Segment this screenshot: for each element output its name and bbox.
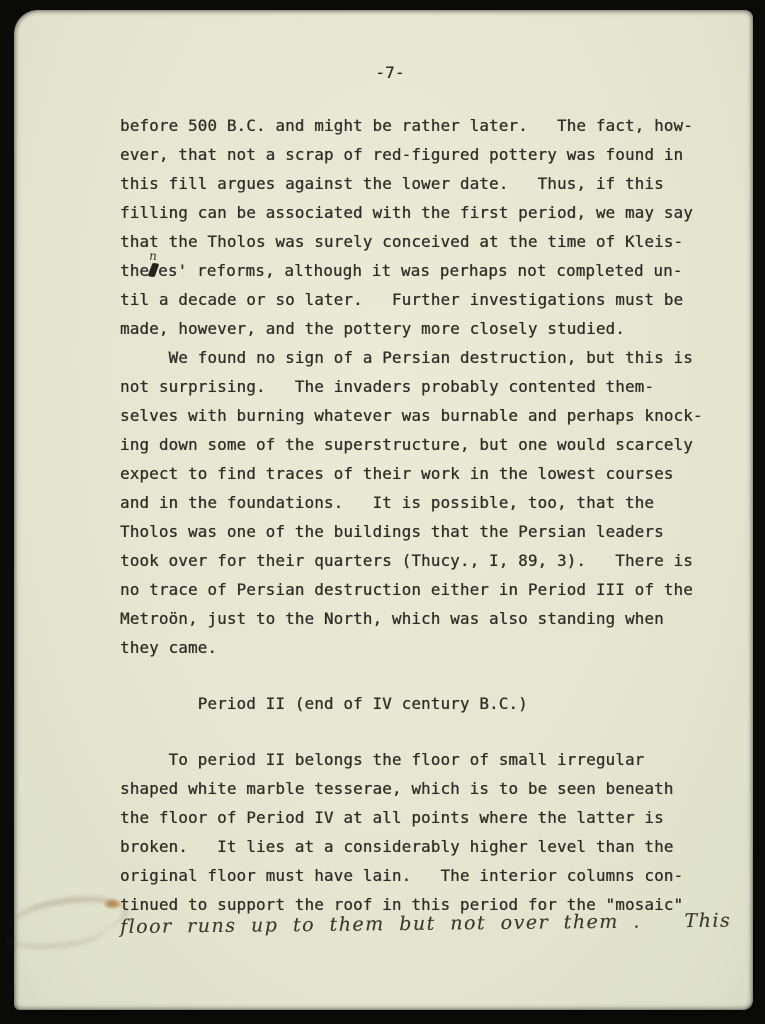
typed-line: filling can be associated with the first…	[120, 198, 710, 227]
typed-line: not surprising. The invaders probably co…	[120, 372, 710, 401]
page-number: -7-	[120, 58, 660, 87]
typed-line: made, however, and the pottery more clos…	[120, 314, 710, 343]
typed-line: the floor of Period IV at all points whe…	[120, 803, 710, 832]
typed-segment: the	[120, 261, 149, 280]
typed-line: We found no sign of a Persian destructio…	[120, 343, 710, 372]
typed-line: before 500 B.C. and might be rather late…	[120, 111, 710, 140]
typed-line: ing down some of the superstructure, but…	[120, 430, 710, 459]
typed-line: Metroön, just to the North, which was al…	[120, 604, 710, 633]
stain-arc	[10, 891, 130, 944]
typed-segment: es' reforms, although it was perhaps not…	[158, 261, 682, 280]
handwritten-annotation: floor runs up to them but not over them …	[120, 906, 710, 942]
coffee-stain	[6, 892, 136, 962]
paragraph-2: We found no sign of a Persian destructio…	[120, 343, 710, 662]
typed-line: no trace of Persian destruction either i…	[120, 575, 710, 604]
handwritten-insert-letter: n	[149, 250, 157, 262]
typed-line: broken. It lies at a considerably higher…	[120, 832, 710, 861]
stain-arc	[5, 914, 107, 953]
typed-line: Tholos was one of the buildings that the…	[120, 517, 710, 546]
paragraph-1: before 500 B.C. and might be rather late…	[120, 111, 710, 343]
typed-line: selves with burning whatever was burnabl…	[120, 401, 710, 430]
typescript-page: -7- before 500 B.C. and might be rather …	[14, 10, 753, 1010]
typed-line: this fill argues against the lower date.…	[120, 169, 710, 198]
typed-line: and in the foundations. It is possible, …	[120, 488, 710, 517]
typed-line: expect to find traces of their work in t…	[120, 459, 710, 488]
typed-line: original floor must have lain. The inter…	[120, 861, 710, 890]
typed-line: To period II belongs the floor of small …	[120, 745, 710, 774]
typed-line: ever, that not a scrap of red-figured po…	[120, 140, 710, 169]
scanned-document-background: -7- before 500 B.C. and might be rather …	[0, 0, 765, 1024]
typed-line: til a decade or so later. Further invest…	[120, 285, 710, 314]
section-heading: Period II (end of IV century B.C.)	[120, 689, 710, 718]
typed-line: shaped white marble tesserae, which is t…	[120, 774, 710, 803]
ink-blot	[148, 263, 160, 277]
paragraph-3: To period II belongs the floor of small …	[120, 745, 710, 919]
typed-line: they came.	[120, 633, 710, 662]
stain-spot	[104, 899, 120, 909]
overtype-correction: n	[149, 263, 158, 278]
page-content: -7- before 500 B.C. and might be rather …	[120, 58, 710, 942]
typed-line: took over for their quarters (Thucy., I,…	[120, 546, 710, 575]
typed-line-with-correction: thenes' reforms, although it was perhaps…	[120, 256, 710, 285]
typed-line: that the Tholos was surely conceived at …	[120, 227, 710, 256]
